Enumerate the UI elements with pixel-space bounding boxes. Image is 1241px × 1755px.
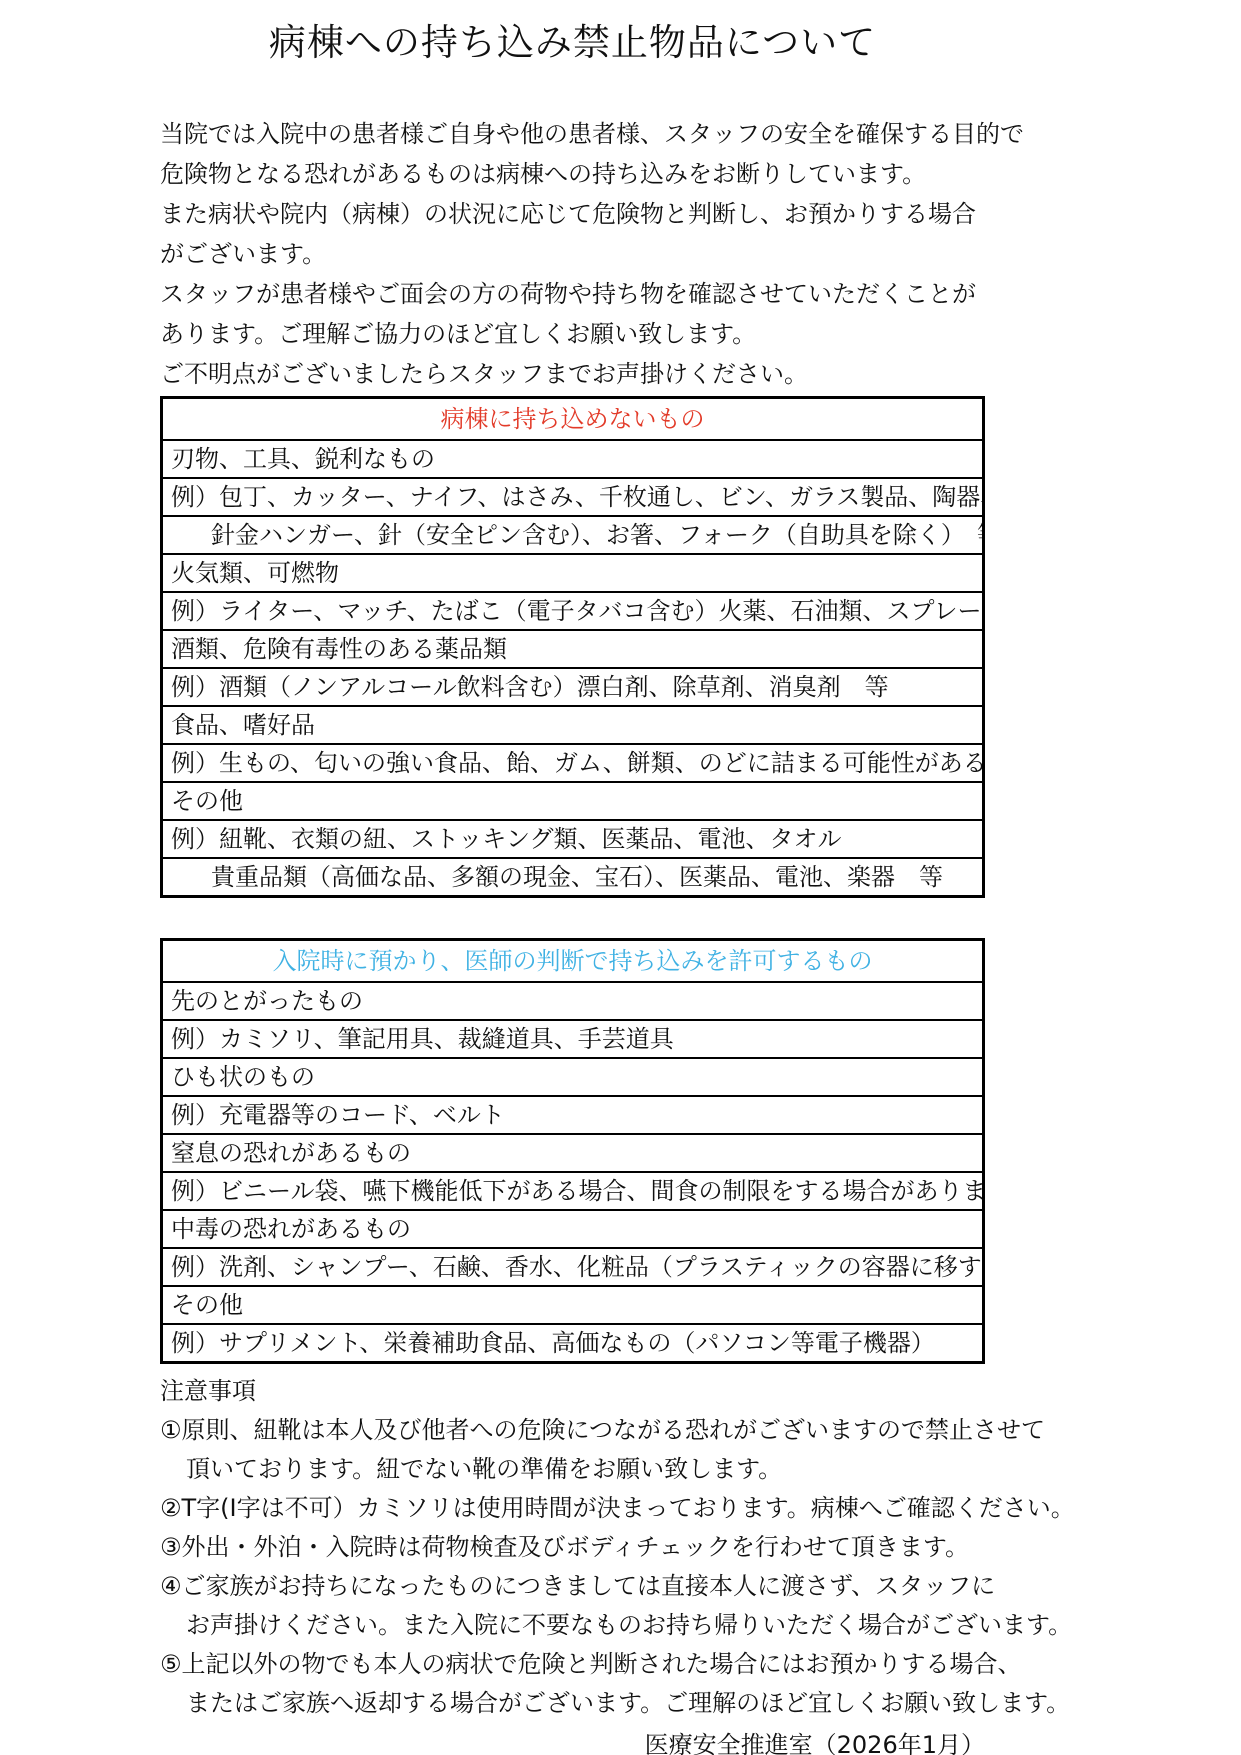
table-row: 例）生もの、匂いの強い食品、飴、ガム、餅類、のどに詰まる可能性があるもの 等 [163, 745, 982, 783]
intro-line: ご不明点がございましたらスタッフまでお声掛けください。 [160, 354, 1110, 394]
note-line: お声掛けください。また入院に不要なものお持ち帰りいただく場合がございます。 [160, 1606, 1110, 1645]
table-row: 窒息の恐れがあるもの [163, 1135, 982, 1173]
table-row: 例）酒類（ノンアルコール飲料含む）漂白剤、除草剤、消臭剤 等 [163, 669, 982, 707]
note-line: ②T字(I字は不可）カミソリは使用時間が決まっております。病棟へご確認ください。 [160, 1489, 1110, 1528]
conditional-items-table-body: 先のとがったもの例）カミソリ、筆記用具、裁縫道具、手芸道具ひも状のもの例）充電器… [163, 983, 982, 1361]
notes-heading: 注意事項 [160, 1372, 1110, 1411]
intro-paragraph: 当院では入院中の患者様ご自身や他の患者様、スタッフの安全を確保する目的で危険物と… [160, 114, 1110, 394]
table-row: 針金ハンガー、針（安全ピン含む）、お箸、フォーク（自助具を除く） 等 [163, 517, 982, 555]
table-row: ひも状のもの [163, 1059, 982, 1097]
conditional-items-table-header: 入院時に預かり、医師の判断で持ち込みを許可するもの [163, 941, 982, 983]
table-row: その他 [163, 783, 982, 821]
note-line: またはご家族へ返却する場合がございます。ご理解のほど宜しくお願い致します。 [160, 1684, 1110, 1723]
intro-line: 当院では入院中の患者様ご自身や他の患者様、スタッフの安全を確保する目的で [160, 114, 1110, 154]
intro-line: スタッフが患者様やご面会の方の荷物や持ち物を確認させていただくことが [160, 274, 1110, 314]
table-row: 中毒の恐れがあるもの [163, 1211, 982, 1249]
note-line: ③外出・外泊・入院時は荷物検査及びボディチェックを行わせて頂きます。 [160, 1528, 1110, 1567]
table-row: 刃物、工具、鋭利なもの [163, 441, 982, 479]
prohibited-items-table-body: 刃物、工具、鋭利なもの例）包丁、カッター、ナイフ、はさみ、千枚通し、ビン、ガラス… [163, 441, 982, 895]
table-row: 例）洗剤、シャンプー、石鹸、香水、化粧品（プラスティックの容器に移す） [163, 1249, 982, 1287]
prohibited-items-table-header: 病棟に持ち込めないもの [163, 399, 982, 441]
intro-line: あります。ご理解ご協力のほど宜しくお願い致します。 [160, 314, 1110, 354]
table-row: 例）ビニール袋、嚥下機能低下がある場合、間食の制限をする場合があります [163, 1173, 982, 1211]
conditional-items-table: 入院時に預かり、医師の判断で持ち込みを許可するもの 先のとがったもの例）カミソリ… [160, 938, 985, 1364]
notice-document: 病棟への持ち込み禁止物品について 当院では入院中の患者様ご自身や他の患者様、スタ… [0, 0, 1241, 1755]
table-row: 貴重品類（高価な品、多額の現金、宝石）、医薬品、電池、楽器 等 [163, 859, 982, 895]
note-line: ①原則、紐靴は本人及び他者への危険につながる恐れがございますので禁止させて [160, 1411, 1110, 1450]
prohibited-items-table: 病棟に持ち込めないもの 刃物、工具、鋭利なもの例）包丁、カッター、ナイフ、はさみ… [160, 396, 985, 898]
table-row: その他 [163, 1287, 982, 1325]
table-row: 例）サプリメント、栄養補助食品、高価なもの（パソコン等電子機器） [163, 1325, 982, 1361]
table-row: 先のとがったもの [163, 983, 982, 1021]
table-row: 例）ライター、マッチ、たばこ（電子タバコ含む）火薬、石油類、スプレー缶 等 [163, 593, 982, 631]
document-content: 病棟への持ち込み禁止物品について 当院では入院中の患者様ご自身や他の患者様、スタ… [160, 0, 1110, 1755]
table-row: 火気類、可燃物 [163, 555, 982, 593]
table-row: 例）紐靴、衣類の紐、ストッキング類、医薬品、電池、タオル [163, 821, 982, 859]
intro-line: また病状や院内（病棟）の状況に応じて危険物と判断し、お預かりする場合 [160, 194, 1110, 234]
table-row: 例）カミソリ、筆記用具、裁縫道具、手芸道具 [163, 1021, 982, 1059]
table-row: 食品、嗜好品 [163, 707, 982, 745]
intro-line: 危険物となる恐れがあるものは病棟への持ち込みをお断りしています。 [160, 154, 1110, 194]
table-row: 例）充電器等のコード、ベルト [163, 1097, 982, 1135]
notes-list: ①原則、紐靴は本人及び他者への危険につながる恐れがございますので禁止させて頂いて… [160, 1411, 1110, 1723]
notes-section: 注意事項 ①原則、紐靴は本人及び他者への危険につながる恐れがございますので禁止さ… [160, 1372, 1110, 1723]
note-line: ⑤上記以外の物でも本人の病状で危険と判断された場合にはお預かりする場合、 [160, 1645, 1110, 1684]
note-line: 頂いております。紐でない靴の準備をお願い致します。 [160, 1450, 1110, 1489]
table-row: 酒類、危険有毒性のある薬品類 [163, 631, 982, 669]
footer-credit: 医療安全推進室（2026年1月） [160, 1725, 985, 1755]
page-title: 病棟への持ち込み禁止物品について [160, 0, 985, 66]
note-line: ④ご家族がお持ちになったものにつきましては直接本人に渡さず、スタッフに [160, 1567, 1110, 1606]
table-row: 例）包丁、カッター、ナイフ、はさみ、千枚通し、ビン、ガラス製品、陶器、鏡 [163, 479, 982, 517]
intro-line: がございます。 [160, 234, 1110, 274]
